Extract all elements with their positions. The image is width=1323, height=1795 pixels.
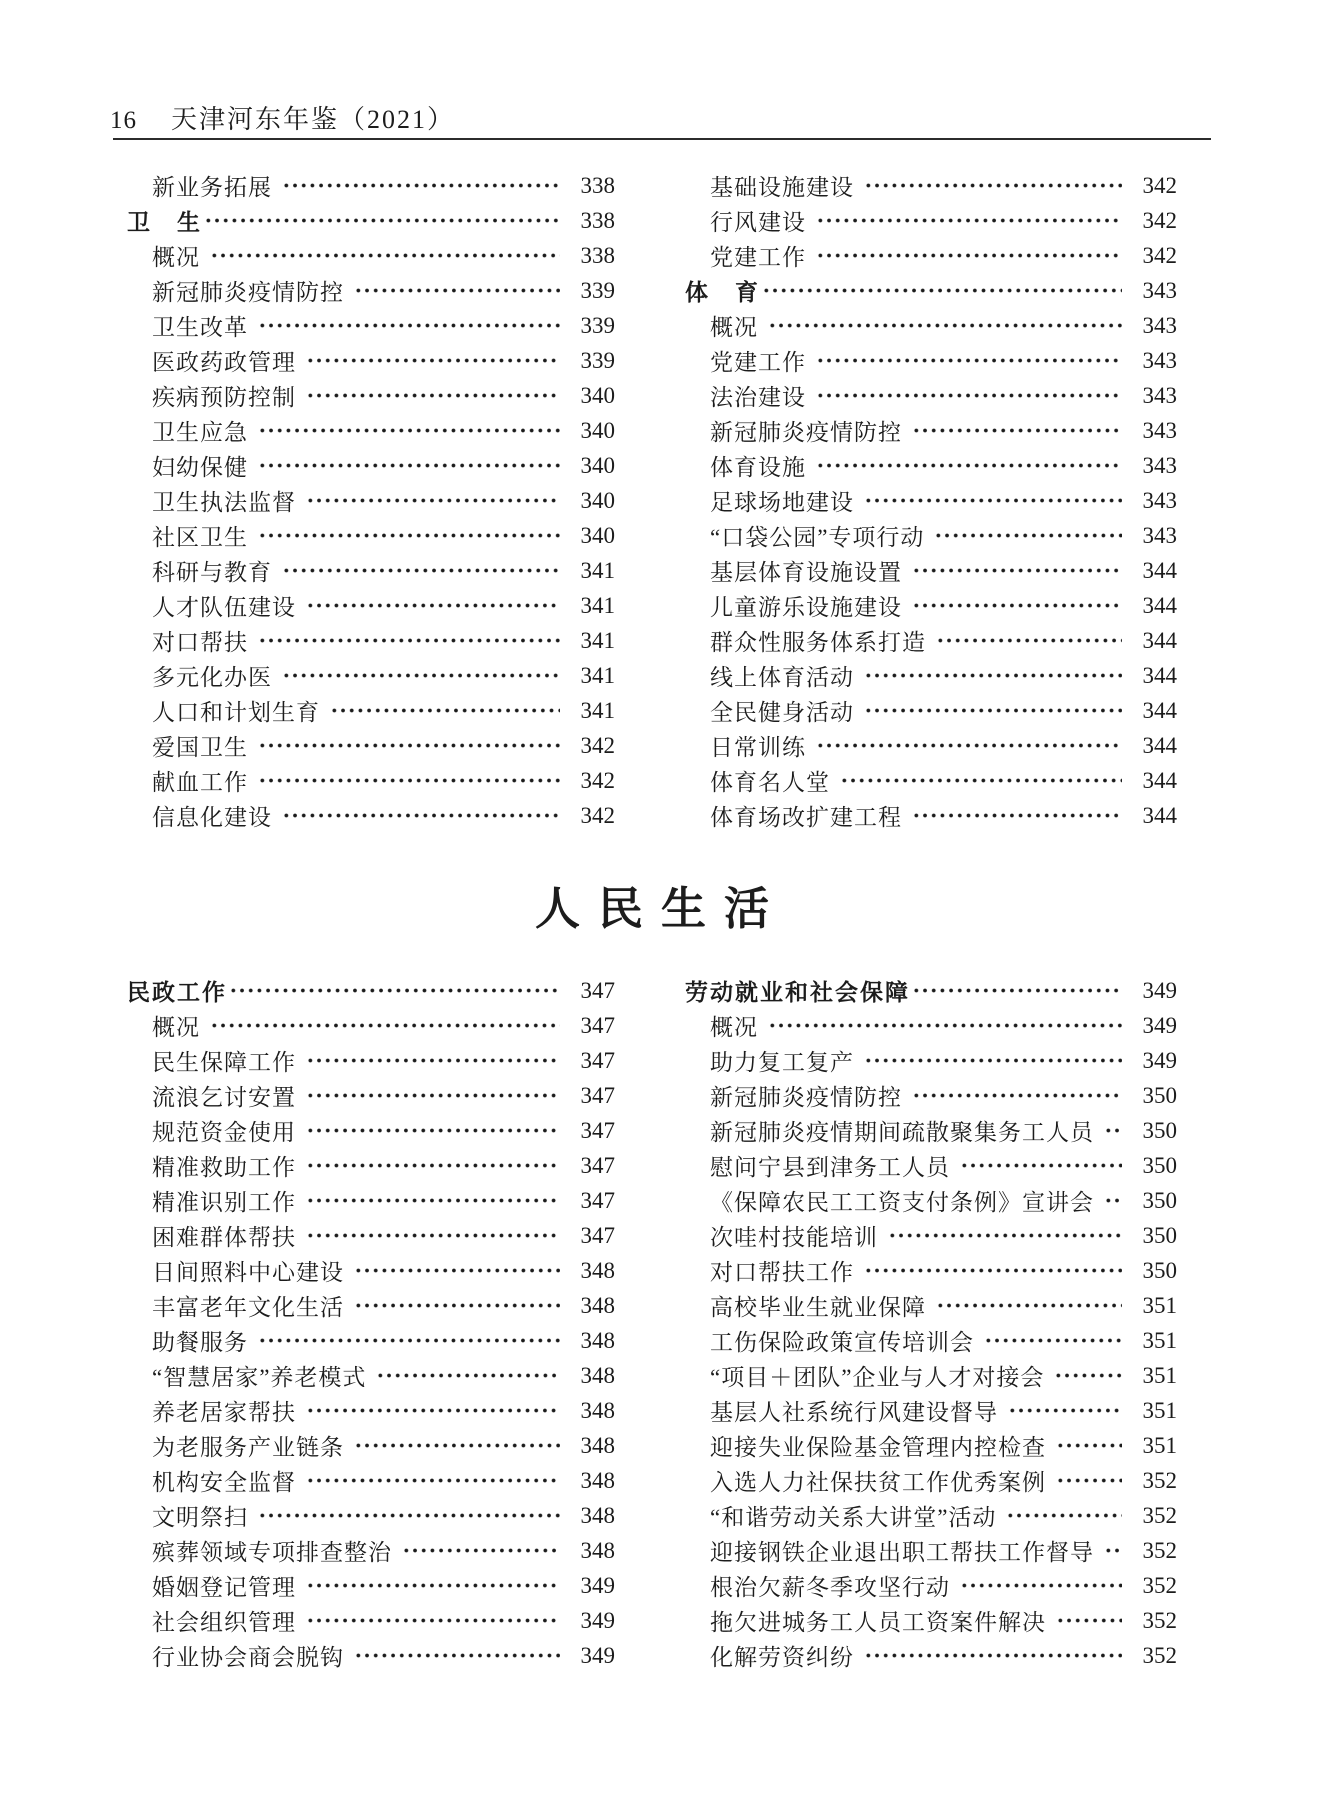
dot-leader — [816, 203, 1122, 238]
toc-entry-row: 殡葬领域专项排查整治 348 — [127, 1533, 615, 1568]
toc-entry-title: 高校毕业生就业保障 — [710, 1289, 936, 1322]
toc-entry-title: 人口和计划生育 — [152, 694, 330, 727]
toc-entry-row: 体育场改扩建工程 344 — [685, 798, 1177, 833]
dot-leader — [210, 238, 560, 273]
dot-leader — [402, 1533, 560, 1568]
toc-entry-page-number: 349 — [1131, 1048, 1177, 1074]
dot-leader — [354, 1288, 560, 1323]
dot-leader — [258, 308, 560, 343]
toc-entry-page-number: 344 — [1131, 663, 1177, 689]
dot-leader — [306, 1113, 560, 1148]
dot-leader — [204, 203, 560, 238]
toc-entry-title: 妇幼保健 — [152, 449, 258, 482]
dot-leader — [306, 343, 560, 378]
toc-entry-title: 工伤保险政策宣传培训会 — [710, 1324, 984, 1357]
toc-entry-row: 新冠肺炎疫情防控 350 — [685, 1078, 1177, 1113]
toc-entry-title: 日间照料中心建设 — [152, 1254, 354, 1287]
toc-entry-title: 劳动就业和社会保障 — [685, 974, 912, 1007]
dot-leader — [258, 1323, 560, 1358]
toc-entry-page-number: 348 — [569, 1538, 615, 1564]
toc-entry-page-number: 339 — [569, 278, 615, 304]
toc-entry-title: 科研与教育 — [152, 554, 282, 587]
toc-entry-row: 卫生执法监督 340 — [127, 483, 615, 518]
toc-entry-page-number: 340 — [569, 488, 615, 514]
toc-entry-page-number: 351 — [1131, 1363, 1177, 1389]
toc-entry-page-number: 349 — [1131, 1013, 1177, 1039]
toc-entry-row: “口袋公园”专项行动 343 — [685, 518, 1177, 553]
dot-leader — [258, 448, 560, 483]
toc-entry-row: 养老居家帮扶 348 — [127, 1393, 615, 1428]
dot-leader — [912, 798, 1122, 833]
toc-entry-page-number: 344 — [1131, 628, 1177, 654]
toc-entry-row: 助餐服务 348 — [127, 1323, 615, 1358]
toc-entry-title: 机构安全监督 — [152, 1464, 306, 1497]
toc-entry-row: 为老服务产业链条 348 — [127, 1428, 615, 1463]
toc-entry-title: 精准救助工作 — [152, 1149, 306, 1182]
toc-entry-row: “项目＋团队”企业与人才对接会 351 — [685, 1358, 1177, 1393]
toc-entry-row: 医政药政管理 339 — [127, 343, 615, 378]
toc-entry-row: 概况 343 — [685, 308, 1177, 343]
dot-leader — [816, 448, 1122, 483]
toc-entry-page-number: 341 — [569, 558, 615, 584]
toc-entry-row: 献血工作 342 — [127, 763, 615, 798]
toc-entry-row: 基础设施建设 342 — [685, 168, 1177, 203]
dot-leader — [1104, 1183, 1122, 1218]
dot-leader — [816, 343, 1122, 378]
toc-entry-page-number: 344 — [1131, 803, 1177, 829]
toc-entry-row: 工伤保险政策宣传培训会 351 — [685, 1323, 1177, 1358]
dot-leader — [1056, 1463, 1122, 1498]
toc-entry-row: 精准识别工作 347 — [127, 1183, 615, 1218]
toc-entry-page-number: 349 — [569, 1573, 615, 1599]
toc-entry-page-number: 340 — [569, 523, 615, 549]
dot-leader — [306, 1463, 560, 1498]
toc-entry-row: 妇幼保健 340 — [127, 448, 615, 483]
dot-leader — [936, 1288, 1122, 1323]
toc-entry-title: 卫生应急 — [152, 414, 258, 447]
toc-entry-title: 基层体育设施设置 — [710, 554, 912, 587]
toc-entry-row: 《保障农民工工资支付条例》宣讲会 350 — [685, 1183, 1177, 1218]
dot-leader — [1054, 1358, 1122, 1393]
toc-entry-page-number: 341 — [569, 663, 615, 689]
toc-entry-row: 卫生改革 339 — [127, 308, 615, 343]
toc-entry-page-number: 348 — [569, 1328, 615, 1354]
dot-leader — [354, 1638, 560, 1673]
toc-entry-page-number: 351 — [1131, 1398, 1177, 1424]
toc-entry-title: 慰问宁县到津务工人员 — [710, 1149, 960, 1182]
dot-leader — [306, 1218, 560, 1253]
toc-entry-page-number: 344 — [1131, 768, 1177, 794]
toc-entry-title: “智慧居家”养老模式 — [152, 1359, 376, 1392]
toc-entry-title: “和谐劳动关系大讲堂”活动 — [710, 1499, 1006, 1532]
toc-entry-title: 《保障农民工工资支付条例》宣讲会 — [710, 1184, 1104, 1217]
dot-leader — [306, 1148, 560, 1183]
toc-entry-page-number: 348 — [569, 1363, 615, 1389]
toc-entry-page-number: 339 — [569, 348, 615, 374]
toc-entry-row: 线上体育活动 344 — [685, 658, 1177, 693]
toc-entry-title: 儿童游乐设施建设 — [710, 589, 912, 622]
toc-entry-page-number: 351 — [1131, 1293, 1177, 1319]
toc-entry-title: 行业协会商会脱钩 — [152, 1639, 354, 1672]
toc-entry-row: 概况 347 — [127, 1008, 615, 1043]
dot-leader — [960, 1568, 1122, 1603]
dot-leader — [210, 1008, 560, 1043]
toc-entry-page-number: 342 — [1131, 243, 1177, 269]
toc-entry-page-number: 342 — [569, 768, 615, 794]
toc-entry-title: 民政工作 — [127, 974, 229, 1007]
toc-entry-page-number: 347 — [569, 1188, 615, 1214]
toc-entry-row: 概况 338 — [127, 238, 615, 273]
toc-entry-page-number: 344 — [1131, 593, 1177, 619]
toc-entry-title: 概况 — [152, 239, 210, 272]
dot-leader — [840, 763, 1122, 798]
dot-leader — [282, 798, 560, 833]
toc-entry-page-number: 351 — [1131, 1433, 1177, 1459]
toc-entry-page-number: 342 — [569, 733, 615, 759]
toc-entry-page-number: 343 — [1131, 348, 1177, 374]
toc-entry-row: 儿童游乐设施建设 344 — [685, 588, 1177, 623]
toc-entry-row: 新业务拓展 338 — [127, 168, 615, 203]
toc-entry-row: 基层体育设施设置 344 — [685, 553, 1177, 588]
toc-entry-title: 基层人社系统行风建设督导 — [710, 1394, 1008, 1427]
running-head: 16 天津河东年鉴（2021） — [110, 99, 455, 136]
toc-entry-title: 困难群体帮扶 — [152, 1219, 306, 1252]
toc-entry-page-number: 342 — [1131, 208, 1177, 234]
toc-entry-page-number: 344 — [1131, 698, 1177, 724]
toc-entry-title: 养老居家帮扶 — [152, 1394, 306, 1427]
toc-entry-title: 足球场地建设 — [710, 484, 864, 517]
toc-entry-row: 全民健身活动 344 — [685, 693, 1177, 728]
dot-leader — [864, 693, 1122, 728]
toc-entry-row: 社区卫生 340 — [127, 518, 615, 553]
toc-entry-page-number: 343 — [1131, 278, 1177, 304]
toc-content: 新业务拓展 338 卫 生 338 概况 338 新冠肺炎疫情防控 339 卫生… — [127, 168, 1177, 1673]
dot-leader — [864, 168, 1122, 203]
dot-leader — [354, 1253, 560, 1288]
dot-leader — [258, 763, 560, 798]
dot-leader — [258, 728, 560, 763]
toc-entry-page-number: 352 — [1131, 1468, 1177, 1494]
dot-leader — [1056, 1603, 1122, 1638]
dot-leader — [912, 413, 1122, 448]
toc-entry-page-number: 341 — [569, 698, 615, 724]
toc-entry-row: 日间照料中心建设 348 — [127, 1253, 615, 1288]
dot-leader — [306, 1603, 560, 1638]
toc-entry-row: 慰问宁县到津务工人员 350 — [685, 1148, 1177, 1183]
toc-entry-row: 化解劳资纠纷 352 — [685, 1638, 1177, 1673]
toc-entry-page-number: 343 — [1131, 418, 1177, 444]
toc-entry-title: 医政药政管理 — [152, 344, 306, 377]
toc-entry-page-number: 343 — [1131, 453, 1177, 479]
toc-entry-page-number: 342 — [1131, 173, 1177, 199]
toc-entry-row: 拖欠进城务工人员工资案件解决 352 — [685, 1603, 1177, 1638]
toc-entry-page-number: 352 — [1131, 1608, 1177, 1634]
toc-entry-row: 人口和计划生育 341 — [127, 693, 615, 728]
toc-entry-page-number: 347 — [569, 978, 615, 1004]
toc-entry-page-number: 338 — [569, 208, 615, 234]
toc-entry-page-number: 347 — [569, 1048, 615, 1074]
dot-leader — [1056, 1428, 1122, 1463]
toc-entry-row: 次哇村技能培训 350 — [685, 1218, 1177, 1253]
toc-entry-title: 精准识别工作 — [152, 1184, 306, 1217]
toc-entry-page-number: 350 — [1131, 1258, 1177, 1284]
toc-entry-title: 全民健身活动 — [710, 694, 864, 727]
toc-entry-row: 人才队伍建设 341 — [127, 588, 615, 623]
toc-entry-row: 科研与教育 341 — [127, 553, 615, 588]
dot-leader — [1104, 1113, 1122, 1148]
toc-entry-page-number: 341 — [569, 593, 615, 619]
dot-leader — [864, 483, 1122, 518]
dot-leader — [1104, 1533, 1122, 1568]
toc-entry-page-number: 343 — [1131, 313, 1177, 339]
dot-leader — [306, 1393, 560, 1428]
dot-leader — [282, 658, 560, 693]
dot-leader — [258, 413, 560, 448]
toc-entry-page-number: 352 — [1131, 1503, 1177, 1529]
dot-leader — [306, 1078, 560, 1113]
toc-entry-row: 规范资金使用 347 — [127, 1113, 615, 1148]
toc-entry-page-number: 351 — [1131, 1328, 1177, 1354]
toc-entry-row: 民政工作 347 — [127, 973, 615, 1008]
toc-entry-title: 日常训练 — [710, 729, 816, 762]
dot-leader — [912, 553, 1122, 588]
toc-entry-row: 根治欠薪冬季攻坚行动 352 — [685, 1568, 1177, 1603]
toc-entry-row: 体育名人堂 344 — [685, 763, 1177, 798]
dot-leader — [258, 1498, 560, 1533]
toc-entry-row: 信息化建设 342 — [127, 798, 615, 833]
dot-leader — [306, 483, 560, 518]
dot-leader — [768, 308, 1122, 343]
dot-leader — [354, 273, 560, 308]
toc-entry-title: 群众性服务体系打造 — [710, 624, 936, 657]
toc-entry-title: 迎接失业保险基金管理内控检查 — [710, 1429, 1056, 1462]
toc-entry-page-number: 338 — [569, 173, 615, 199]
toc-entry-page-number: 347 — [569, 1083, 615, 1109]
toc-entry-page-number: 352 — [1131, 1643, 1177, 1669]
toc-entry-row: 党建工作 342 — [685, 238, 1177, 273]
toc-entry-page-number: 347 — [569, 1118, 615, 1144]
toc-entry-title: 体 育 — [685, 274, 762, 307]
toc-entry-title: 社会组织管理 — [152, 1604, 306, 1637]
dot-leader — [960, 1148, 1122, 1183]
dot-leader — [330, 693, 560, 728]
dot-leader — [912, 973, 1122, 1008]
toc-entry-row: 民生保障工作 347 — [127, 1043, 615, 1078]
toc-entry-row: 行业协会商会脱钩 349 — [127, 1638, 615, 1673]
toc-entry-page-number: 338 — [569, 243, 615, 269]
toc-entry-row: 流浪乞讨安置 347 — [127, 1078, 615, 1113]
toc-entry-title: 对口帮扶工作 — [710, 1254, 864, 1287]
toc-entry-title: 民生保障工作 — [152, 1044, 306, 1077]
dot-leader — [306, 588, 560, 623]
toc-entry-row: 新冠肺炎疫情防控 339 — [127, 273, 615, 308]
toc-entry-title: 卫生改革 — [152, 309, 258, 342]
toc-entry-title: 信息化建设 — [152, 799, 282, 832]
toc-entry-row: 入选人力社保扶贫工作优秀案例 352 — [685, 1463, 1177, 1498]
toc-entry-page-number: 350 — [1131, 1153, 1177, 1179]
dot-leader — [864, 1043, 1122, 1078]
toc-entry-title: 对口帮扶 — [152, 624, 258, 657]
dot-leader — [934, 518, 1122, 553]
toc-entry-row: 卫生应急 340 — [127, 413, 615, 448]
toc-entry-row: 高校毕业生就业保障 351 — [685, 1288, 1177, 1323]
dot-leader — [306, 378, 560, 413]
dot-leader — [816, 238, 1122, 273]
toc-entry-title: 社区卫生 — [152, 519, 258, 552]
toc-entry-title: 概况 — [152, 1009, 210, 1042]
toc-entry-title: 拖欠进城务工人员工资案件解决 — [710, 1604, 1056, 1637]
toc-entry-page-number: 343 — [1131, 383, 1177, 409]
toc-entry-row: 群众性服务体系打造 344 — [685, 623, 1177, 658]
toc-entry-page-number: 349 — [1131, 978, 1177, 1004]
toc-entry-page-number: 342 — [569, 803, 615, 829]
dot-leader — [888, 1218, 1122, 1253]
toc-entry-page-number: 341 — [569, 628, 615, 654]
toc-entry-title: “口袋公园”专项行动 — [710, 519, 934, 552]
toc-entry-title: 化解劳资纠纷 — [710, 1639, 864, 1672]
toc-entry-row: 机构安全监督 348 — [127, 1463, 615, 1498]
dot-leader — [936, 623, 1122, 658]
dot-leader — [282, 168, 560, 203]
toc-entry-page-number: 349 — [569, 1608, 615, 1634]
toc-column-top-left: 新业务拓展 338 卫 生 338 概况 338 新冠肺炎疫情防控 339 卫生… — [127, 168, 615, 833]
dot-leader — [816, 728, 1122, 763]
toc-entry-page-number: 347 — [569, 1223, 615, 1249]
dot-leader — [912, 588, 1122, 623]
dot-leader — [984, 1323, 1122, 1358]
folio-page-number: 16 — [110, 107, 137, 135]
toc-entry-row: “和谐劳动关系大讲堂”活动 352 — [685, 1498, 1177, 1533]
toc-entry-title: 次哇村技能培训 — [710, 1219, 888, 1252]
toc-entry-title: 多元化办医 — [152, 659, 282, 692]
dot-leader — [1008, 1393, 1122, 1428]
toc-entry-title: 行风建设 — [710, 204, 816, 237]
toc-entry-page-number: 348 — [569, 1293, 615, 1319]
toc-entry-page-number: 347 — [569, 1153, 615, 1179]
toc-entry-row: “智慧居家”养老模式 348 — [127, 1358, 615, 1393]
toc-entry-title: 新冠肺炎疫情防控 — [152, 274, 354, 307]
toc-entry-title: 为老服务产业链条 — [152, 1429, 354, 1462]
toc-entry-page-number: 344 — [1131, 733, 1177, 759]
toc-entry-row: 婚姻登记管理 349 — [127, 1568, 615, 1603]
toc-entry-row: 党建工作 343 — [685, 343, 1177, 378]
toc-entry-page-number: 350 — [1131, 1223, 1177, 1249]
toc-entry-title: 丰富老年文化生活 — [152, 1289, 354, 1322]
toc-entry-page-number: 340 — [569, 453, 615, 479]
toc-entry-title: 新冠肺炎疫情防控 — [710, 414, 912, 447]
toc-entry-title: 助餐服务 — [152, 1324, 258, 1357]
toc-entry-page-number: 350 — [1131, 1118, 1177, 1144]
toc-entry-title: 爱国卫生 — [152, 729, 258, 762]
toc-entry-page-number: 348 — [569, 1433, 615, 1459]
toc-entry-page-number: 340 — [569, 418, 615, 444]
dot-leader — [864, 1253, 1122, 1288]
toc-entry-page-number: 348 — [569, 1258, 615, 1284]
dot-leader — [229, 973, 560, 1008]
dot-leader — [354, 1428, 560, 1463]
toc-entry-row: 文明祭扫 348 — [127, 1498, 615, 1533]
toc-entry-title: 文明祭扫 — [152, 1499, 258, 1532]
toc-entry-title: 基础设施建设 — [710, 169, 864, 202]
toc-column-bottom-left: 民政工作 347 概况 347 民生保障工作 347 流浪乞讨安置 347 规范… — [127, 973, 615, 1673]
toc-entry-page-number: 348 — [569, 1503, 615, 1529]
toc-entry-row: 法治建设 343 — [685, 378, 1177, 413]
toc-entry-title: 新业务拓展 — [152, 169, 282, 202]
toc-entry-row: 丰富老年文化生活 348 — [127, 1288, 615, 1323]
toc-entry-title: 线上体育活动 — [710, 659, 864, 692]
toc-entry-row: 对口帮扶工作 350 — [685, 1253, 1177, 1288]
dot-leader — [864, 658, 1122, 693]
toc-entry-page-number: 343 — [1131, 523, 1177, 549]
toc-entry-title: 概况 — [710, 309, 768, 342]
dot-leader — [306, 1183, 560, 1218]
toc-entry-row: 社会组织管理 349 — [127, 1603, 615, 1638]
toc-entry-title: 概况 — [710, 1009, 768, 1042]
toc-top-section: 新业务拓展 338 卫 生 338 概况 338 新冠肺炎疫情防控 339 卫生… — [127, 168, 1177, 833]
toc-entry-title: 入选人力社保扶贫工作优秀案例 — [710, 1464, 1056, 1497]
toc-bottom-section: 民政工作 347 概况 347 民生保障工作 347 流浪乞讨安置 347 规范… — [127, 973, 1177, 1673]
toc-entry-row: 体 育 343 — [685, 273, 1177, 308]
toc-entry-title: 流浪乞讨安置 — [152, 1079, 306, 1112]
dot-leader — [762, 273, 1122, 308]
toc-entry-page-number: 348 — [569, 1468, 615, 1494]
toc-column-bottom-right: 劳动就业和社会保障 349 概况 349 助力复工复产 349 新冠肺炎疫情防控… — [685, 973, 1177, 1673]
toc-entry-title: “项目＋团队”企业与人才对接会 — [710, 1359, 1054, 1392]
dot-leader — [258, 518, 560, 553]
dot-leader — [912, 1078, 1122, 1113]
dot-leader — [282, 553, 560, 588]
toc-entry-title: 助力复工复产 — [710, 1044, 864, 1077]
toc-entry-page-number: 350 — [1131, 1188, 1177, 1214]
toc-entry-title: 新冠肺炎疫情期间疏散聚集务工人员 — [710, 1114, 1104, 1147]
toc-entry-page-number: 349 — [569, 1643, 615, 1669]
book-title: 天津河东年鉴（2021） — [171, 99, 455, 136]
section-title: 人民生活 — [127, 883, 1177, 935]
toc-entry-title: 新冠肺炎疫情防控 — [710, 1079, 912, 1112]
dot-leader — [306, 1043, 560, 1078]
toc-entry-page-number: 347 — [569, 1013, 615, 1039]
header-rule — [113, 138, 1211, 140]
toc-entry-title: 献血工作 — [152, 764, 258, 797]
toc-entry-row: 体育设施 343 — [685, 448, 1177, 483]
toc-entry-page-number: 350 — [1131, 1083, 1177, 1109]
dot-leader — [1006, 1498, 1122, 1533]
toc-entry-page-number: 352 — [1131, 1573, 1177, 1599]
toc-entry-title: 殡葬领域专项排查整治 — [152, 1534, 402, 1567]
toc-entry-row: 日常训练 344 — [685, 728, 1177, 763]
toc-entry-title: 体育名人堂 — [710, 764, 840, 797]
toc-entry-row: 新冠肺炎疫情防控 343 — [685, 413, 1177, 448]
toc-entry-row: 迎接失业保险基金管理内控检查 351 — [685, 1428, 1177, 1463]
toc-entry-title: 卫 生 — [127, 204, 204, 237]
toc-entry-page-number: 340 — [569, 383, 615, 409]
toc-entry-row: 劳动就业和社会保障 349 — [685, 973, 1177, 1008]
toc-entry-row: 行风建设 342 — [685, 203, 1177, 238]
toc-entry-row: 爱国卫生 342 — [127, 728, 615, 763]
dot-leader — [816, 378, 1122, 413]
toc-entry-row: 概况 349 — [685, 1008, 1177, 1043]
toc-entry-page-number: 344 — [1131, 558, 1177, 584]
toc-entry-row: 基层人社系统行风建设督导 351 — [685, 1393, 1177, 1428]
toc-entry-title: 党建工作 — [710, 344, 816, 377]
toc-entry-title: 卫生执法监督 — [152, 484, 306, 517]
toc-entry-page-number: 348 — [569, 1398, 615, 1424]
toc-entry-row: 卫 生 338 — [127, 203, 615, 238]
toc-entry-title: 规范资金使用 — [152, 1114, 306, 1147]
toc-entry-row: 多元化办医 341 — [127, 658, 615, 693]
toc-entry-row: 困难群体帮扶 347 — [127, 1218, 615, 1253]
toc-entry-title: 体育场改扩建工程 — [710, 799, 912, 832]
